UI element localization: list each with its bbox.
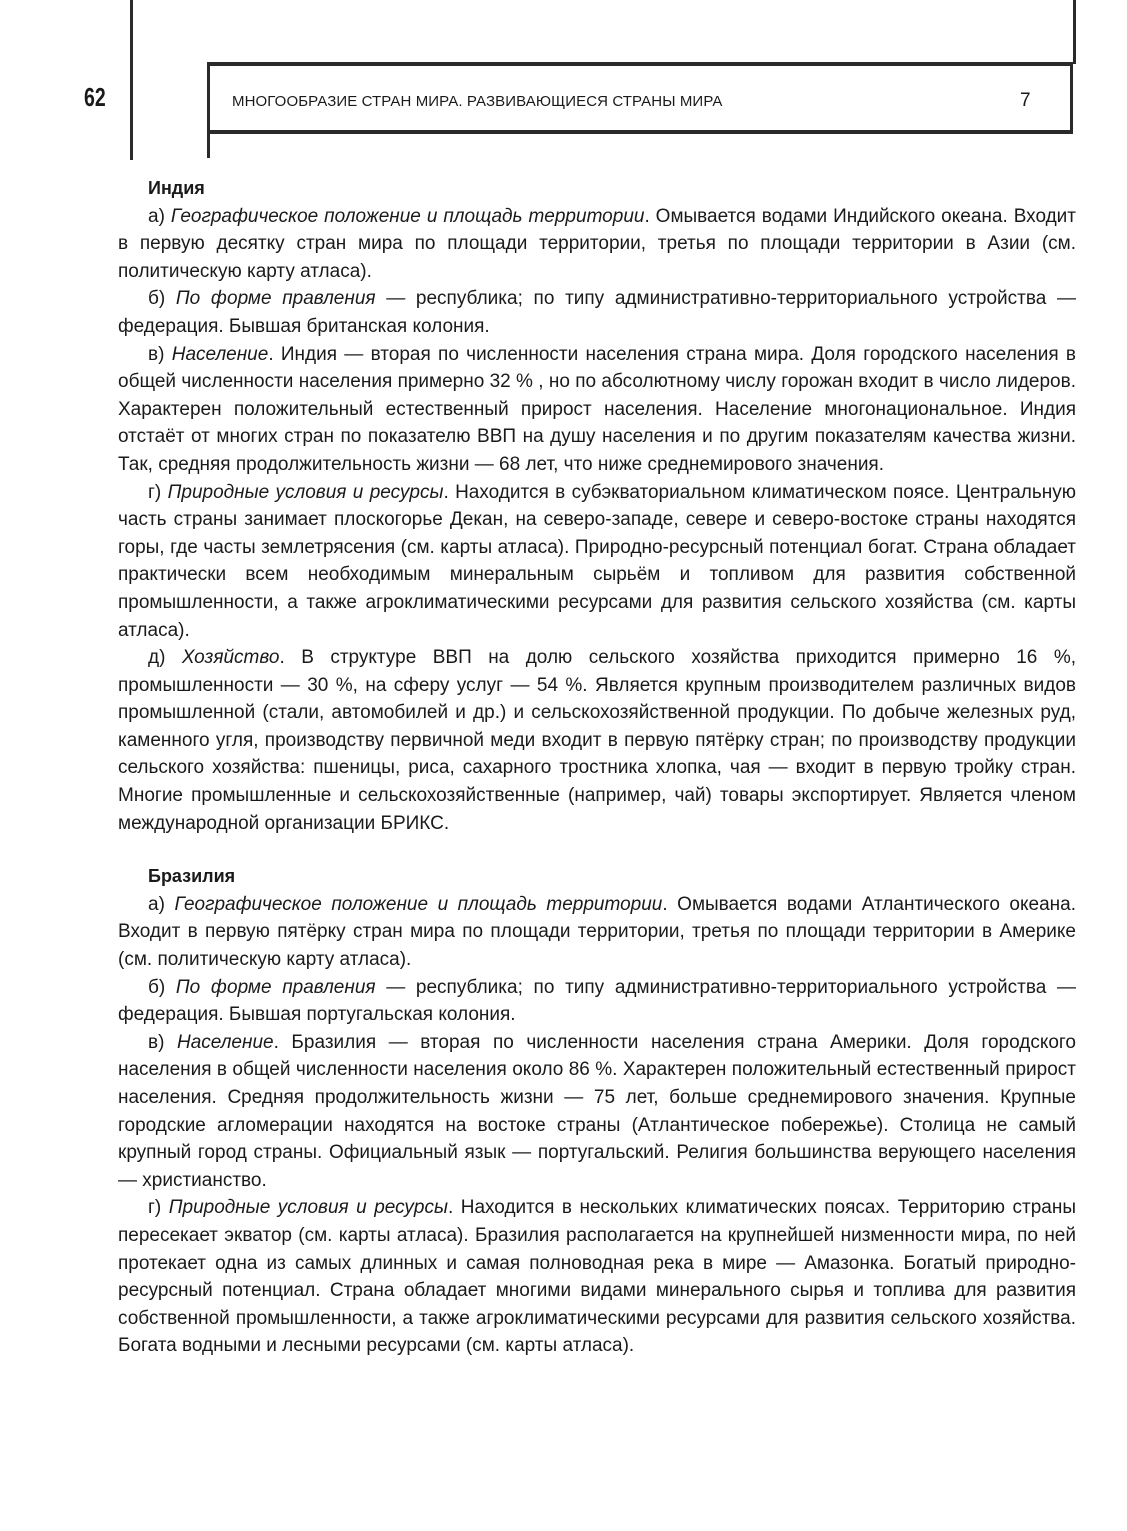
chapter-number: 7 bbox=[1020, 90, 1031, 112]
paragraph-government: б) По форме правления — республика; по т… bbox=[118, 285, 1076, 340]
item-marker: г) bbox=[148, 1197, 161, 1218]
item-heading: Природные условия и ресурсы bbox=[168, 482, 444, 503]
item-marker: г) bbox=[148, 482, 161, 503]
paragraph-economy: д) Хозяйство. В структуре ВВП на долю се… bbox=[118, 644, 1076, 837]
top-right-rule bbox=[1073, 0, 1076, 64]
paragraph-geography: а) Географическое положение и площадь те… bbox=[118, 891, 1076, 974]
item-marker: в) bbox=[148, 1032, 164, 1053]
item-text: . В структуре ВВП на долю сельского хозя… bbox=[118, 647, 1076, 834]
section-title: Бразилия bbox=[148, 863, 1076, 891]
section-gap bbox=[118, 837, 1076, 863]
section-india: Индия а) Географическое положение и площ… bbox=[118, 175, 1076, 837]
item-text: . Находится в нескольких климатических п… bbox=[118, 1197, 1076, 1356]
item-marker: а) bbox=[148, 206, 165, 227]
item-marker: в) bbox=[148, 344, 164, 365]
item-heading: Население bbox=[172, 344, 269, 365]
item-marker: б) bbox=[148, 288, 165, 309]
item-heading: Географическое положение и площадь терри… bbox=[171, 206, 645, 227]
section-brazil: Бразилия а) Географическое положение и п… bbox=[118, 863, 1076, 1360]
item-heading: По форме правления bbox=[176, 288, 376, 309]
page-number: 62 bbox=[84, 82, 106, 113]
item-heading: Хозяйство bbox=[182, 647, 280, 668]
item-heading: Природные условия и ресурсы bbox=[169, 1197, 448, 1218]
section-title: Индия bbox=[148, 175, 1076, 203]
paragraph-government: б) По форме правления — республика; по т… bbox=[118, 974, 1076, 1029]
item-marker: а) bbox=[148, 894, 165, 915]
left-margin-rule bbox=[130, 0, 133, 160]
item-marker: д) bbox=[148, 647, 165, 668]
item-text: . Бразилия — вторая по численности насел… bbox=[118, 1032, 1076, 1191]
item-text: . Находится в субэкваториальном климатич… bbox=[118, 482, 1076, 641]
paragraph-population: в) Население. Индия — вторая по численно… bbox=[118, 341, 1076, 479]
paragraph-population: в) Население. Бразилия — вторая по числе… bbox=[118, 1029, 1076, 1195]
item-marker: б) bbox=[148, 977, 165, 998]
paragraph-geography: а) Географическое положение и площадь те… bbox=[118, 203, 1076, 286]
item-heading: По форме правления bbox=[176, 977, 376, 998]
running-header-title: МНОГООБРАЗИЕ СТРАН МИРА. РАЗВИВАЮЩИЕСЯ С… bbox=[232, 93, 723, 110]
item-heading: Географическое положение и площадь терри… bbox=[174, 894, 662, 915]
header-stub-rule bbox=[207, 132, 210, 158]
paragraph-nature: г) Природные условия и ресурсы. Находитс… bbox=[118, 1194, 1076, 1360]
page-content: Индия а) Географическое положение и площ… bbox=[118, 175, 1076, 1360]
item-heading: Население bbox=[177, 1032, 274, 1053]
paragraph-nature: г) Природные условия и ресурсы. Находитс… bbox=[118, 479, 1076, 645]
